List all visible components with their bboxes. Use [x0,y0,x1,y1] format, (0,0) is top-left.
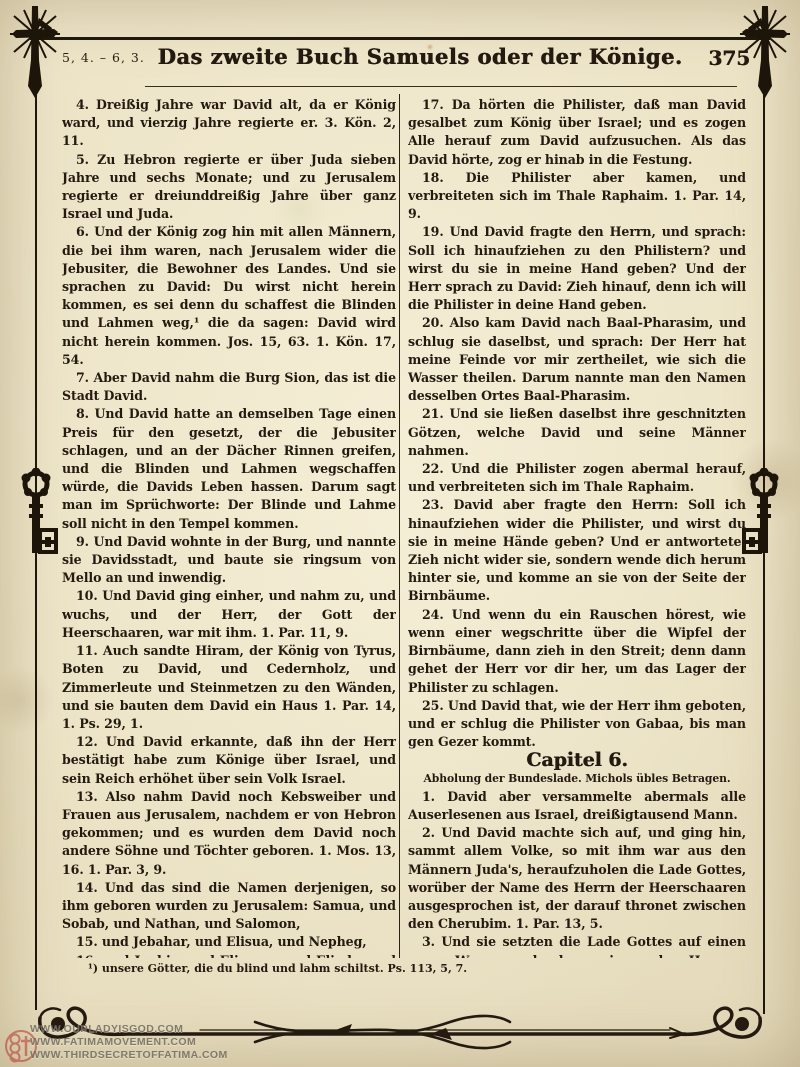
right-text-column: 17. Da hörten die Philister, daß man Dav… [408,96,746,958]
verse-paragraph: 6. Und der König zog hin mit allen Männe… [62,223,396,369]
verse-paragraph: 2. Und David machte sich auf, und ging h… [408,824,746,933]
verse-paragraph: 18. Die Philister aber kamen, und verbre… [408,169,746,224]
watermark-url-line: WWW.FATIMAMOVEMENT.COM [30,1036,228,1049]
verse-paragraph: 19. Und David fragte den Herrn, und spra… [408,223,746,314]
verse-paragraph: 24. Und wenn du ein Rauschen hörest, wie… [408,606,746,697]
chapter-heading: Capitel 6. [408,751,746,769]
verse-paragraph: 25. Und David that, wie der Herr ihm geb… [408,697,746,752]
verse-paragraph: 11. Auch sandte Hiram, der König von Tyr… [62,642,396,733]
verse-paragraph: 7. Aber David nahm die Burg Sion, das is… [62,369,396,405]
page-title: Das zweite Buch Samuels oder der Könige. [140,44,700,69]
verse-paragraph: 16. und Japhia, und Elisama, und Elioda,… [62,952,396,958]
scanned-bible-page: 5, 4. – 6, 3. Das zweite Buch Samuels od… [0,0,800,1067]
key-icon [14,468,58,568]
watermark-urls: WWW.OURLADYISGOD.COM WWW.FATIMAMOVEMENT.… [30,1023,228,1062]
verse-paragraph: 23. David aber fragte den Herrn: Soll ic… [408,496,746,605]
verse-paragraph: 12. Und David erkannte, daß ihn der Herr… [62,733,396,788]
verse-paragraph: 13. Also nahm David noch Kebsweiber und … [62,788,396,879]
verse-paragraph: 9. Und David wohnte in der Burg, und nan… [62,533,396,588]
verse-paragraph: 14. Und das sind die Namen derjenigen, s… [62,879,396,934]
header-divider-rule [145,86,737,87]
verse-paragraph: 5. Zu Hebron regierte er über Juda siebe… [62,151,396,224]
verse-paragraph: 22. Und die Philister zogen abermal hera… [408,460,746,496]
verse-paragraph: 3. Und sie setzten die Lade Gottes auf e… [408,933,746,958]
left-text-column: 4. Dreißig Jahre war David alt, da er Kö… [62,96,396,958]
watermark-url-line: WWW.THIRDSECRETOFFATIMA.COM [30,1049,228,1062]
chapter-subtitle: Abholung der Bundeslade. Michols übles B… [408,770,746,788]
verse-paragraph: 4. Dreißig Jahre war David alt, da er Kö… [62,96,396,151]
verse-paragraph: 20. Also kam David nach Baal-Pharasim, u… [408,314,746,405]
verse-paragraph: 21. Und sie ließen daselbst ihre geschni… [408,405,746,460]
top-border-rule [30,37,770,40]
cross-icon [6,4,64,100]
verse-paragraph: 1. David aber versammelte abermals alle … [408,788,746,824]
header-verse-range: 5, 4. – 6, 3. [62,50,145,65]
verse-paragraph: 17. Da hörten die Philister, daß man Dav… [408,96,746,169]
verse-paragraph: 10. Und David ging einher, und nahm zu, … [62,587,396,642]
footnote: ¹) unsere Götter, die du blind und lahm … [88,962,548,975]
verse-paragraph: 8. Und David hatte an demselben Tage ein… [62,405,396,532]
verse-paragraph: 15. und Jebahar, und Elisua, und Nepheg, [62,933,396,951]
column-divider-rule [399,94,400,958]
watermark-url-line: WWW.OURLADYISGOD.COM [30,1023,228,1036]
key-icon [742,468,786,568]
page-number: 375 [690,46,750,70]
